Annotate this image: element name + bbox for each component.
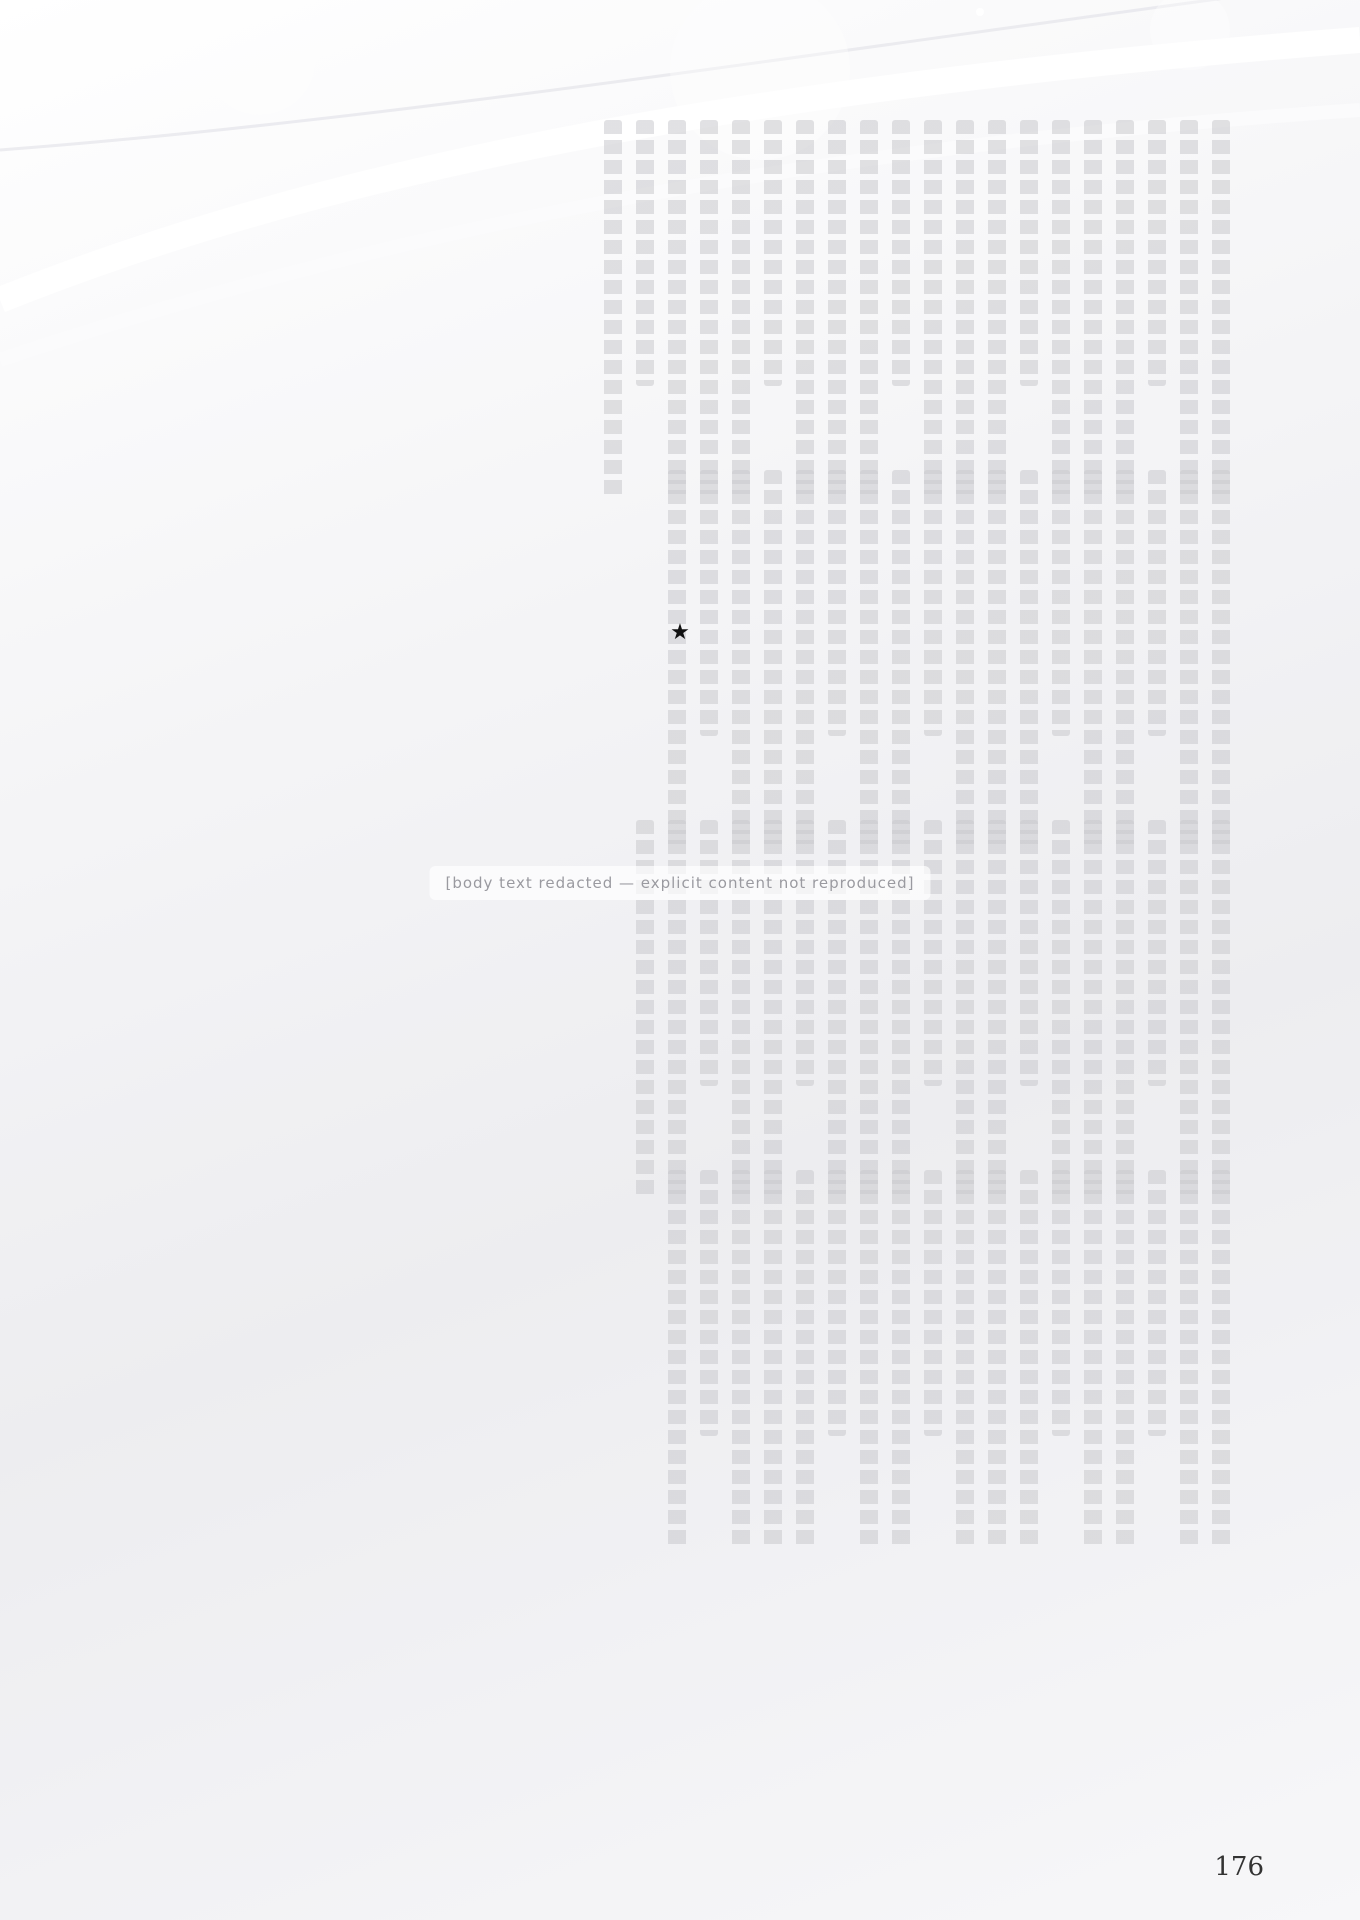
redacted-text-column: [1148, 470, 1166, 736]
redacted-text-column: [796, 1170, 814, 1550]
redacted-text-column: [732, 1170, 750, 1550]
redacted-text-column: [860, 1170, 878, 1550]
redacted-text-column: [1212, 1170, 1230, 1550]
redacted-text-column: [1020, 120, 1038, 386]
redacted-text-column: [668, 120, 686, 500]
redacted-text-column: [860, 470, 878, 850]
redacted-text-column: [700, 470, 718, 736]
redacted-text-column: [828, 120, 846, 500]
redacted-text-column: [1084, 1170, 1102, 1550]
redacted-text-column: [700, 820, 718, 1086]
redacted-text-column: [1052, 1170, 1070, 1436]
redacted-text-column: [1180, 820, 1198, 1200]
redacted-text-column: [1052, 120, 1070, 500]
redacted-text-column: [1148, 1170, 1166, 1436]
redacted-text-column: [956, 120, 974, 500]
redacted-text-column: [988, 820, 1006, 1200]
redacted-text-column: [1180, 120, 1198, 500]
redacted-text-column: [668, 1170, 686, 1550]
redacted-text-column: [988, 120, 1006, 500]
redacted-text-column: [1020, 820, 1038, 1086]
redacted-text-column: [1020, 470, 1038, 850]
redacted-text-column: [892, 1170, 910, 1550]
redaction-note: [body text redacted — explicit content n…: [429, 866, 930, 900]
redacted-text-column: [892, 470, 910, 850]
redacted-text-column: [988, 470, 1006, 850]
redacted-text-column: [1212, 120, 1230, 500]
redacted-text-column: [924, 120, 942, 500]
redacted-text-column: [668, 470, 686, 850]
redacted-text-column: [956, 1170, 974, 1550]
redacted-text-column: [796, 820, 814, 1086]
redacted-text-column: [732, 120, 750, 500]
text-band-4: [150, 1170, 1230, 1550]
redacted-text-column: [1084, 470, 1102, 850]
redacted-text-column: [636, 120, 654, 386]
text-band-1: [150, 120, 1230, 500]
section-divider-star: ★: [668, 620, 693, 645]
redacted-text-column: [988, 1170, 1006, 1550]
redacted-text-column: [732, 470, 750, 850]
redacted-text-column: [604, 120, 622, 500]
redacted-text-column: [956, 820, 974, 1200]
redacted-text-column: [1052, 820, 1070, 1200]
redacted-text-column: [700, 1170, 718, 1436]
redacted-text-column: [1084, 820, 1102, 1200]
redacted-text-column: [1180, 470, 1198, 850]
redacted-text-column: [1116, 1170, 1134, 1550]
redacted-text-column: [1116, 470, 1134, 850]
novel-page: ★: [0, 0, 1360, 1920]
redacted-text-column: [956, 470, 974, 850]
redacted-text-column: [1212, 470, 1230, 850]
text-band-2: [150, 470, 1230, 850]
redacted-text-column: [1052, 470, 1070, 736]
redacted-text-column: [1180, 1170, 1198, 1550]
redacted-text-column: [764, 470, 782, 850]
redacted-text-column: [860, 120, 878, 500]
redacted-text-column: [764, 120, 782, 386]
redacted-text-column: [892, 120, 910, 386]
page-number: 176: [1214, 1852, 1264, 1882]
redacted-text-column: [1116, 820, 1134, 1200]
redacted-text-column: [828, 1170, 846, 1436]
redacted-text-column: [796, 120, 814, 500]
redacted-text-column: [700, 120, 718, 500]
redacted-text-column: [1084, 120, 1102, 500]
redacted-text-column: [1148, 120, 1166, 386]
redacted-text-column: [1212, 820, 1230, 1200]
redacted-text-column: [1020, 1170, 1038, 1550]
redacted-text-column: [924, 1170, 942, 1436]
redacted-text-column: [1116, 120, 1134, 500]
redacted-text-column: [924, 820, 942, 1086]
redacted-text-column: [764, 1170, 782, 1550]
redacted-text-column: [1148, 820, 1166, 1086]
redacted-text-column: [828, 470, 846, 736]
redacted-text-column: [796, 470, 814, 850]
redacted-text-column: [924, 470, 942, 736]
